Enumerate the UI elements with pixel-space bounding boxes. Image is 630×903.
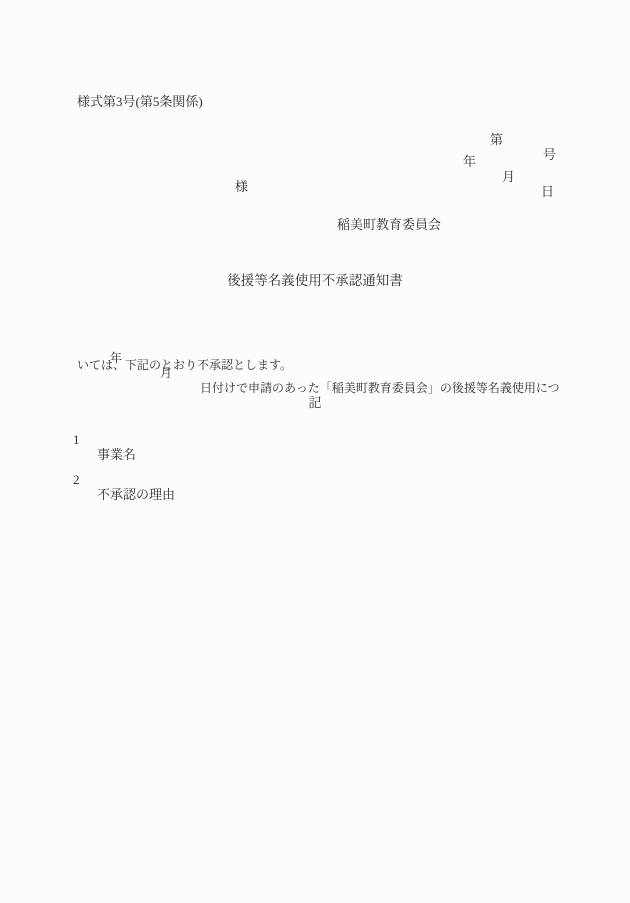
list-item-2-label: 不承認の理由 — [97, 487, 175, 502]
document-title: 後援等名義使用不承認通知書 — [0, 273, 630, 288]
date-year-label: 年 — [463, 154, 476, 169]
list-item-2-number: 2 — [73, 472, 80, 487]
addressee-honorific: 様 — [235, 179, 248, 194]
date-day-label: 日 — [541, 184, 554, 199]
sender-name: 稲美町教育委員会 — [337, 217, 441, 232]
list-item-1-number: 1 — [73, 432, 80, 447]
list-header-ki: 記 — [0, 395, 630, 410]
list-item-disapproval-reason: 2 不承認の理由 — [0, 457, 630, 517]
document-page: 様式第3号(第5条関係) 第 号 年 月 日 様 稲美町教育委員会 後援等名義使… — [0, 0, 630, 903]
date-month-label: 月 — [502, 169, 515, 184]
date-line: 年 月 日 — [0, 139, 630, 214]
body-paragraph-line-2: いては、下記のとおり不承認とします。 — [77, 358, 292, 373]
form-number-label: 様式第3号(第5条関係) — [77, 94, 203, 109]
body-line1-text: 日付けで申請のあった「稲美町教育委員会」の後援等名義使用につ — [200, 381, 560, 396]
